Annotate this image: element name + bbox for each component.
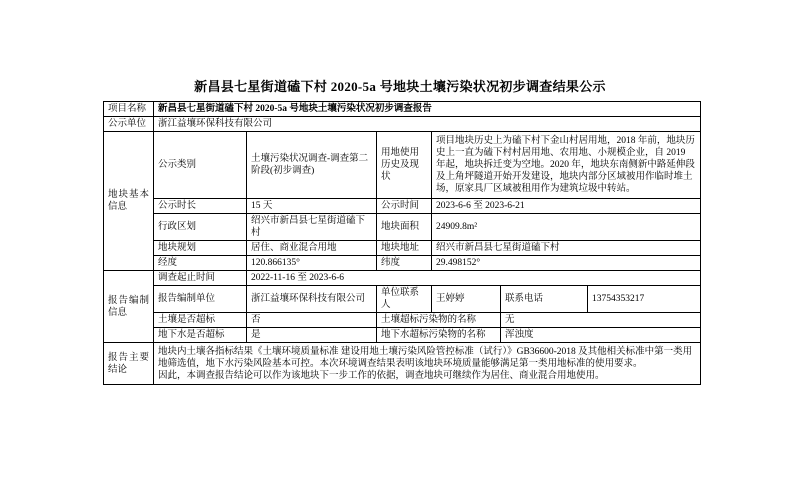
page-title: 新昌县七星街道磕下村 2020-5a 号地块土壤污染状况初步调查结果公示 <box>0 79 800 95</box>
survey-period-label: 调查起止时间 <box>154 271 247 286</box>
duration-value: 15 天 <box>247 199 377 214</box>
area-value: 24909.8m² <box>432 214 701 241</box>
table-row: 行政区划 绍兴市新昌县七星街道磕下村 地块面积 24909.8m² <box>104 214 701 241</box>
area-label: 地块面积 <box>377 214 432 241</box>
land-use-history-value: 项目地块历史上为磕下村下金山村居用地，2018 年前，地块历史上一直为磕下村村居… <box>432 132 701 199</box>
project-name-label: 项目名称 <box>104 102 154 117</box>
publicity-time-label: 公示时间 <box>377 199 432 214</box>
district-label: 行政区划 <box>154 214 247 241</box>
publicity-unit-value: 浙江益壤环保科技有限公司 <box>154 117 701 132</box>
soil-exceed-label: 土壤是否超标 <box>154 313 247 328</box>
table-row: 公示单位 浙江益壤环保科技有限公司 <box>104 117 701 132</box>
district-value: 绍兴市新昌县七星街道磕下村 <box>247 214 377 241</box>
soil-pollutant-value: 无 <box>501 313 701 328</box>
latitude-value: 29.498152° <box>432 256 701 271</box>
section-report-info-label: 报告编制信息 <box>104 271 154 343</box>
soil-exceed-value: 否 <box>247 313 377 328</box>
compiler-value: 浙江益壤环保科技有限公司 <box>247 286 377 313</box>
table-row: 土壤是否超标 否 土壤超标污染物的名称 无 <box>104 313 701 328</box>
planning-label: 地块规划 <box>154 241 247 256</box>
address-label: 地块地址 <box>377 241 432 256</box>
phone-label: 联系电话 <box>501 286 588 313</box>
groundwater-exceed-value: 是 <box>247 328 377 343</box>
table-row: 报告编制信息 调查起止时间 2022-11-16 至 2023-6-6 <box>104 271 701 286</box>
soil-pollutant-label: 土壤超标污染物的名称 <box>377 313 501 328</box>
announcement-table: 项目名称 新昌县七星街道磕下村 2020-5a 号地块土壤污染状况初步调查报告 … <box>103 101 701 385</box>
groundwater-pollutant-label: 地下水超标污染物的名称 <box>377 328 501 343</box>
table-row: 报告编制单位 浙江益壤环保科技有限公司 单位联系人 王婷婷 联系电话 13754… <box>104 286 701 313</box>
project-name-value: 新昌县七星街道磕下村 2020-5a 号地块土壤污染状况初步调查报告 <box>154 102 701 117</box>
table-row: 地块规划 居住、商业混合用地 地块地址 绍兴市新昌县七星街道磕下村 <box>104 241 701 256</box>
table-row: 项目名称 新昌县七星街道磕下村 2020-5a 号地块土壤污染状况初步调查报告 <box>104 102 701 117</box>
conclusion-paragraph-1: 地块内土壤各指标结果《土壤环境质量标准 建设用地土壤污染风险管控标准（试行）》G… <box>158 346 696 370</box>
address-value: 绍兴市新昌县七星街道磕下村 <box>432 241 701 256</box>
contact-person-label: 单位联系人 <box>377 286 432 313</box>
survey-period-value: 2022-11-16 至 2023-6-6 <box>247 271 701 286</box>
publicity-time-value: 2023-6-6 至 2023-6-21 <box>432 199 701 214</box>
land-use-history-label: 用地使用历史及现状 <box>377 132 432 199</box>
category-value: 土壤污染状况调查-调查第二阶段(初步调查) <box>247 132 377 199</box>
category-label: 公示类别 <box>154 132 247 199</box>
planning-value: 居住、商业混合用地 <box>247 241 377 256</box>
compiler-label: 报告编制单位 <box>154 286 247 313</box>
phone-value: 13754353217 <box>588 286 701 313</box>
groundwater-exceed-label: 地下水是否超标 <box>154 328 247 343</box>
longitude-label: 经度 <box>154 256 247 271</box>
table-row: 地下水是否超标 是 地下水超标污染物的名称 浑浊度 <box>104 328 701 343</box>
table-row: 公示时长 15 天 公示时间 2023-6-6 至 2023-6-21 <box>104 199 701 214</box>
publicity-unit-label: 公示单位 <box>104 117 154 132</box>
longitude-value: 120.866135° <box>247 256 377 271</box>
conclusion-text: 地块内土壤各指标结果《土壤环境质量标准 建设用地土壤污染风险管控标准（试行）》G… <box>154 343 701 385</box>
groundwater-pollutant-value: 浑浊度 <box>501 328 701 343</box>
table-row: 报告主要结论 地块内土壤各指标结果《土壤环境质量标准 建设用地土壤污染风险管控标… <box>104 343 701 385</box>
section-conclusion-label: 报告主要结论 <box>104 343 154 385</box>
section-basic-info-label: 地块基本信息 <box>104 132 154 271</box>
duration-label: 公示时长 <box>154 199 247 214</box>
table-row: 经度 120.866135° 纬度 29.498152° <box>104 256 701 271</box>
contact-person-value: 王婷婷 <box>432 286 501 313</box>
latitude-label: 纬度 <box>377 256 432 271</box>
table-row: 地块基本信息 公示类别 土壤污染状况调查-调查第二阶段(初步调查) 用地使用历史… <box>104 132 701 199</box>
conclusion-paragraph-2: 因此，本调查报告结论可以作为该地块下一步工作的依据，调查地块可继续作为居住、商业… <box>158 370 696 382</box>
